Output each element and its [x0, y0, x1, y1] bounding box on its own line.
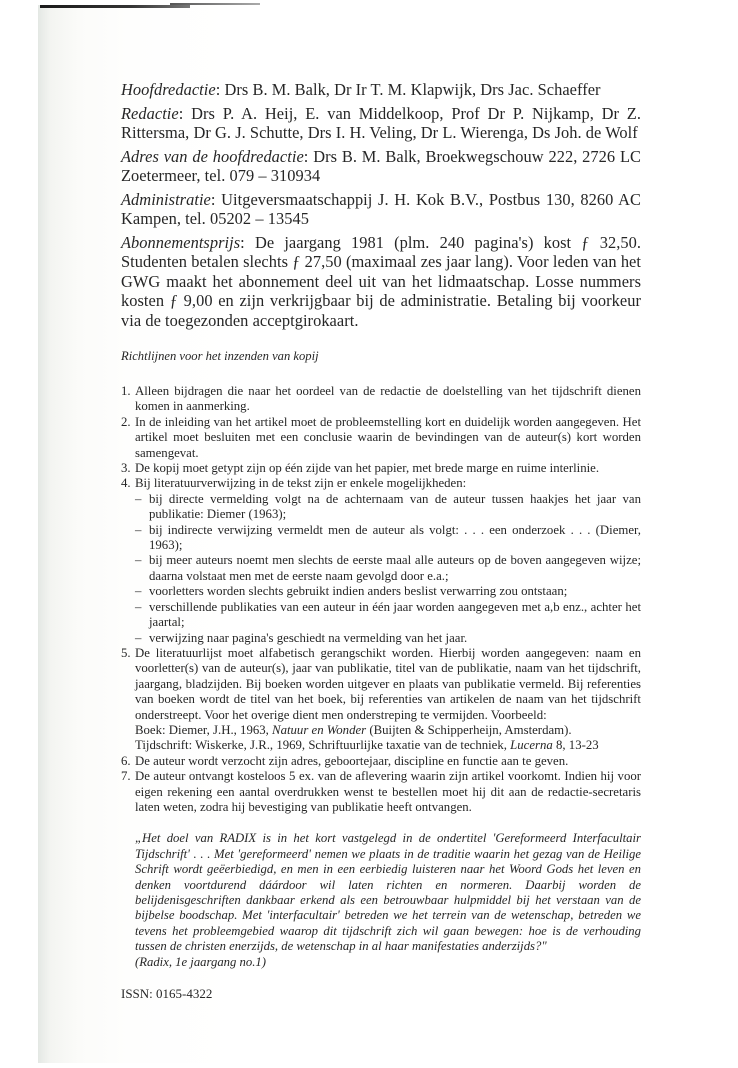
example-title: Lucerna [510, 738, 553, 752]
item-number: 5. [121, 646, 131, 661]
colophon-label: Hoofdredactie [121, 80, 216, 99]
dash-bullet: – [135, 631, 141, 646]
colophon-redactie: Redactie: Drs P. A. Heij, E. van Middelk… [121, 104, 641, 143]
colophon: Hoofdredactie: Drs B. M. Balk, Dr Ir T. … [121, 80, 641, 330]
item-number: 7. [121, 769, 131, 784]
page-content: Hoofdredactie: Drs B. M. Balk, Dr Ir T. … [121, 80, 641, 1002]
example-journal: Tijdschrift: Wiskerke, J.R., 1969, Schri… [135, 738, 641, 753]
sub-item: –bij meer auteurs noemt men slechts de e… [135, 553, 641, 584]
colophon-text: : Drs B. M. Balk, Dr Ir T. M. Klapwijk, … [216, 80, 601, 99]
colophon-label: Administratie [121, 190, 211, 209]
item-text: De auteur ontvangt kosteloos 5 ex. van d… [135, 769, 641, 814]
sub-item: –verschillende publikaties van een auteu… [135, 600, 641, 631]
item-text: De kopij moet getypt zijn op één zijde v… [135, 461, 599, 475]
sub-item-text: verwijzing naar pagina's geschiedt na ve… [149, 631, 467, 645]
colophon-label: Adres van de hoofdredactie [121, 147, 304, 166]
colophon-administratie: Administratie: Uitgeversmaatschappij J. … [121, 190, 641, 229]
item-text: Alleen bijdragen die naar het oordeel va… [135, 384, 641, 413]
example-prefix: Boek: Diemer, J.H., 1963, [135, 723, 272, 737]
example-suffix: (Buijten & Schipperheijn, Amsterdam). [366, 723, 571, 737]
item-number: 2. [121, 415, 131, 430]
colophon-abonnementsprijs: Abonnementsprijs: De jaargang 1981 (plm.… [121, 233, 641, 331]
sub-item-text: voorletters worden slechts gebruikt indi… [149, 584, 567, 598]
sub-item-text: bij indirecte verwijzing vermeldt men de… [149, 523, 641, 552]
sub-item-text: bij meer auteurs noemt men slechts de ee… [149, 553, 641, 582]
colophon-label: Redactie [121, 104, 179, 123]
item-number: 4. [121, 476, 131, 491]
dash-bullet: – [135, 492, 141, 507]
sub-item-text: bij directe vermelding volgt na de achte… [149, 492, 641, 521]
example-prefix: Tijdschrift: Wiskerke, J.R., 1969, Schri… [135, 738, 510, 752]
item-text: Bij literatuurverwijzing in de tekst zij… [135, 476, 466, 490]
sub-item: –verwijzing naar pagina's geschiedt na v… [135, 631, 641, 646]
dash-bullet: – [135, 553, 141, 568]
sub-item: –voorletters worden slechts gebruikt ind… [135, 584, 641, 599]
colophon-text: : Drs P. A. Heij, E. van Middelkoop, Pro… [121, 104, 641, 143]
example-suffix: 8, 13-23 [553, 738, 599, 752]
guideline-item: 5. De literatuurlijst moet alfabetisch g… [121, 646, 641, 754]
colophon-label: Abonnementsprijs [121, 233, 240, 252]
top-rule [40, 5, 190, 8]
dash-bullet: – [135, 523, 141, 538]
top-rule-secondary [170, 3, 260, 5]
dash-bullet: – [135, 600, 141, 615]
page-bottom-edge [38, 1063, 738, 1068]
example-book: Boek: Diemer, J.H., 1963, Natuur en Wond… [135, 723, 641, 738]
sub-item: –bij directe vermelding volgt na de acht… [135, 492, 641, 523]
item-number: 1. [121, 384, 131, 399]
item-number: 3. [121, 461, 131, 476]
issn-number: ISSN: 0165-4322 [121, 986, 641, 1002]
guideline-item: 6. De auteur wordt verzocht zijn adres, … [121, 754, 641, 769]
item-text: De auteur wordt verzocht zijn adres, geb… [135, 754, 568, 768]
colophon-adres: Adres van de hoofdredactie: Drs B. M. Ba… [121, 147, 641, 186]
item-number: 6. [121, 754, 131, 769]
guideline-item: 7. De auteur ontvangt kosteloos 5 ex. va… [121, 769, 641, 815]
colophon-hoofdredactie: Hoofdredactie: Drs B. M. Balk, Dr Ir T. … [121, 80, 641, 100]
item-text: De literatuurlijst moet alfabetisch gera… [135, 646, 641, 722]
quote-text: „Het doel van RADIX is in het kort vastg… [135, 831, 641, 953]
guideline-item: 3. De kopij moet getypt zijn op één zijd… [121, 461, 641, 476]
sub-item-text: verschillende publikaties van een auteur… [149, 600, 641, 629]
example-title: Natuur en Wonder [272, 723, 366, 737]
mission-quote: „Het doel van RADIX is in het kort vastg… [135, 831, 641, 970]
guideline-item: 2. In de inleiding van het artikel moet … [121, 415, 641, 461]
dash-bullet: – [135, 584, 141, 599]
guidelines-list: 1. Alleen bijdragen die naar het oordeel… [121, 384, 641, 815]
quote-source: (Radix, 1e jaargang no.1) [135, 955, 266, 969]
guidelines-heading: Richtlijnen voor het inzenden van kopij [121, 349, 641, 364]
item-text: In de inleiding van het artikel moet de … [135, 415, 641, 460]
guideline-item: 4. Bij literatuurverwijzing in de tekst … [121, 476, 641, 645]
sub-item: –bij indirecte verwijzing vermeldt men d… [135, 523, 641, 554]
guideline-item: 1. Alleen bijdragen die naar het oordeel… [121, 384, 641, 415]
citation-options-list: –bij directe vermelding volgt na de acht… [135, 492, 641, 646]
